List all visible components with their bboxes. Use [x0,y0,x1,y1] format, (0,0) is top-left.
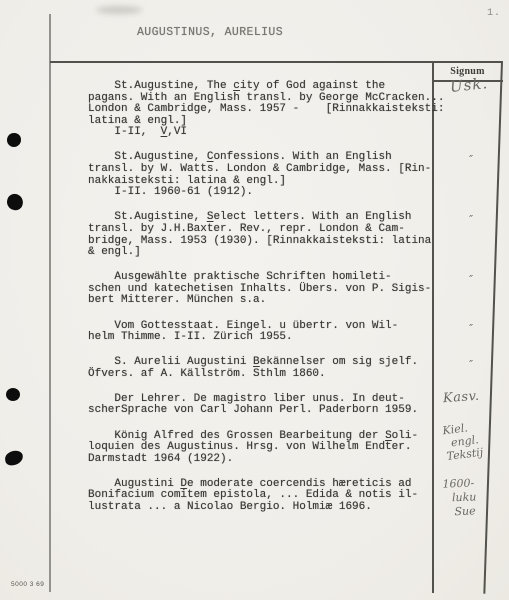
catalog-entry: Ausgewählte praktische Schriften homilet… [88,272,440,307]
signum-note: Kasv. [443,391,480,405]
entry-line: & engl.] [88,247,440,259]
entry-line: Darmstadt 1964 (1922). [88,454,440,466]
entry-line: transl. by W. Watts. London & Cambridge,… [88,164,440,176]
page-number: 1. [487,8,501,19]
signum-ditto-mark: ″ [469,323,473,335]
catalog-entry: S. Aurelii Augustini Bekännelser om sig … [88,357,440,380]
signum-note: 1600-lukuSue [442,476,477,519]
page-title: AUGUSTINUS, AURELIUS [137,26,283,39]
catalog-entry: Augustini De moderate coercendis hæretic… [88,479,440,514]
punch-hole [6,388,20,401]
left-margin-rule [49,14,51,592]
entry-line: I-II. 1960-61 (1912). [88,187,440,199]
form-number: 5000 3 69 [11,581,44,588]
entry-line: scherSprache von Carl Johann Perl. Pader… [88,405,440,417]
punch-hole [4,450,24,467]
catalog-entry: St.Augustine, The city of God against th… [88,81,440,139]
signum-ditto-mark: ″ [469,359,473,371]
entry-line: I-II, V,VI [88,127,440,139]
signum-note: Usk. [449,78,488,94]
entry-line: helm Thimme. I-II. Zürich 1955. [88,332,440,344]
signum-note: Kiel.engl.Tekstij [442,419,484,462]
entry-line: St.Augustine, The city of God against th… [88,81,440,93]
signum-ditto-mark: ″ [469,274,473,286]
signum-ditto-mark: ″ [469,154,473,166]
entry-line: Öfvers. af A. Källström. Sthlm 1860. [88,369,440,381]
entry-line: lustrata ... a Nicolao Bergio. Holmiæ 16… [88,502,440,514]
catalog-entry: Vom Gottesstaat. Eingel. u übertr. von W… [88,321,440,344]
entries: St.Augustine, The city of God against th… [88,81,440,527]
signum-column-right-border [483,61,503,594]
punch-hole [7,133,21,147]
catalog-card-page: 1. AUGUSTINUS, AURELIUS Signum St.August… [0,0,509,600]
entry-line: transl. by J.H.Baxter. Rev., repr. Londo… [88,224,440,236]
header-divider-rule [50,61,503,63]
entry-line: bert Mitterer. München s.a. [88,295,440,307]
entry-line: loquien des Augustinus. Hrsg. von Wilhel… [88,442,440,454]
punch-hole [5,192,25,212]
scan-smudge [96,6,142,14]
catalog-entry: Der Lehrer. De magistro liber unus. In d… [88,394,440,417]
catalog-entry: König Alfred des Grossen Bearbeitung der… [88,431,440,466]
signum-ditto-mark: ″ [469,214,473,226]
catalog-entry: St.Augistine, Select letters. With an En… [88,212,440,258]
catalog-entry: St.Augustine, Confessions. With an Engli… [88,152,440,198]
